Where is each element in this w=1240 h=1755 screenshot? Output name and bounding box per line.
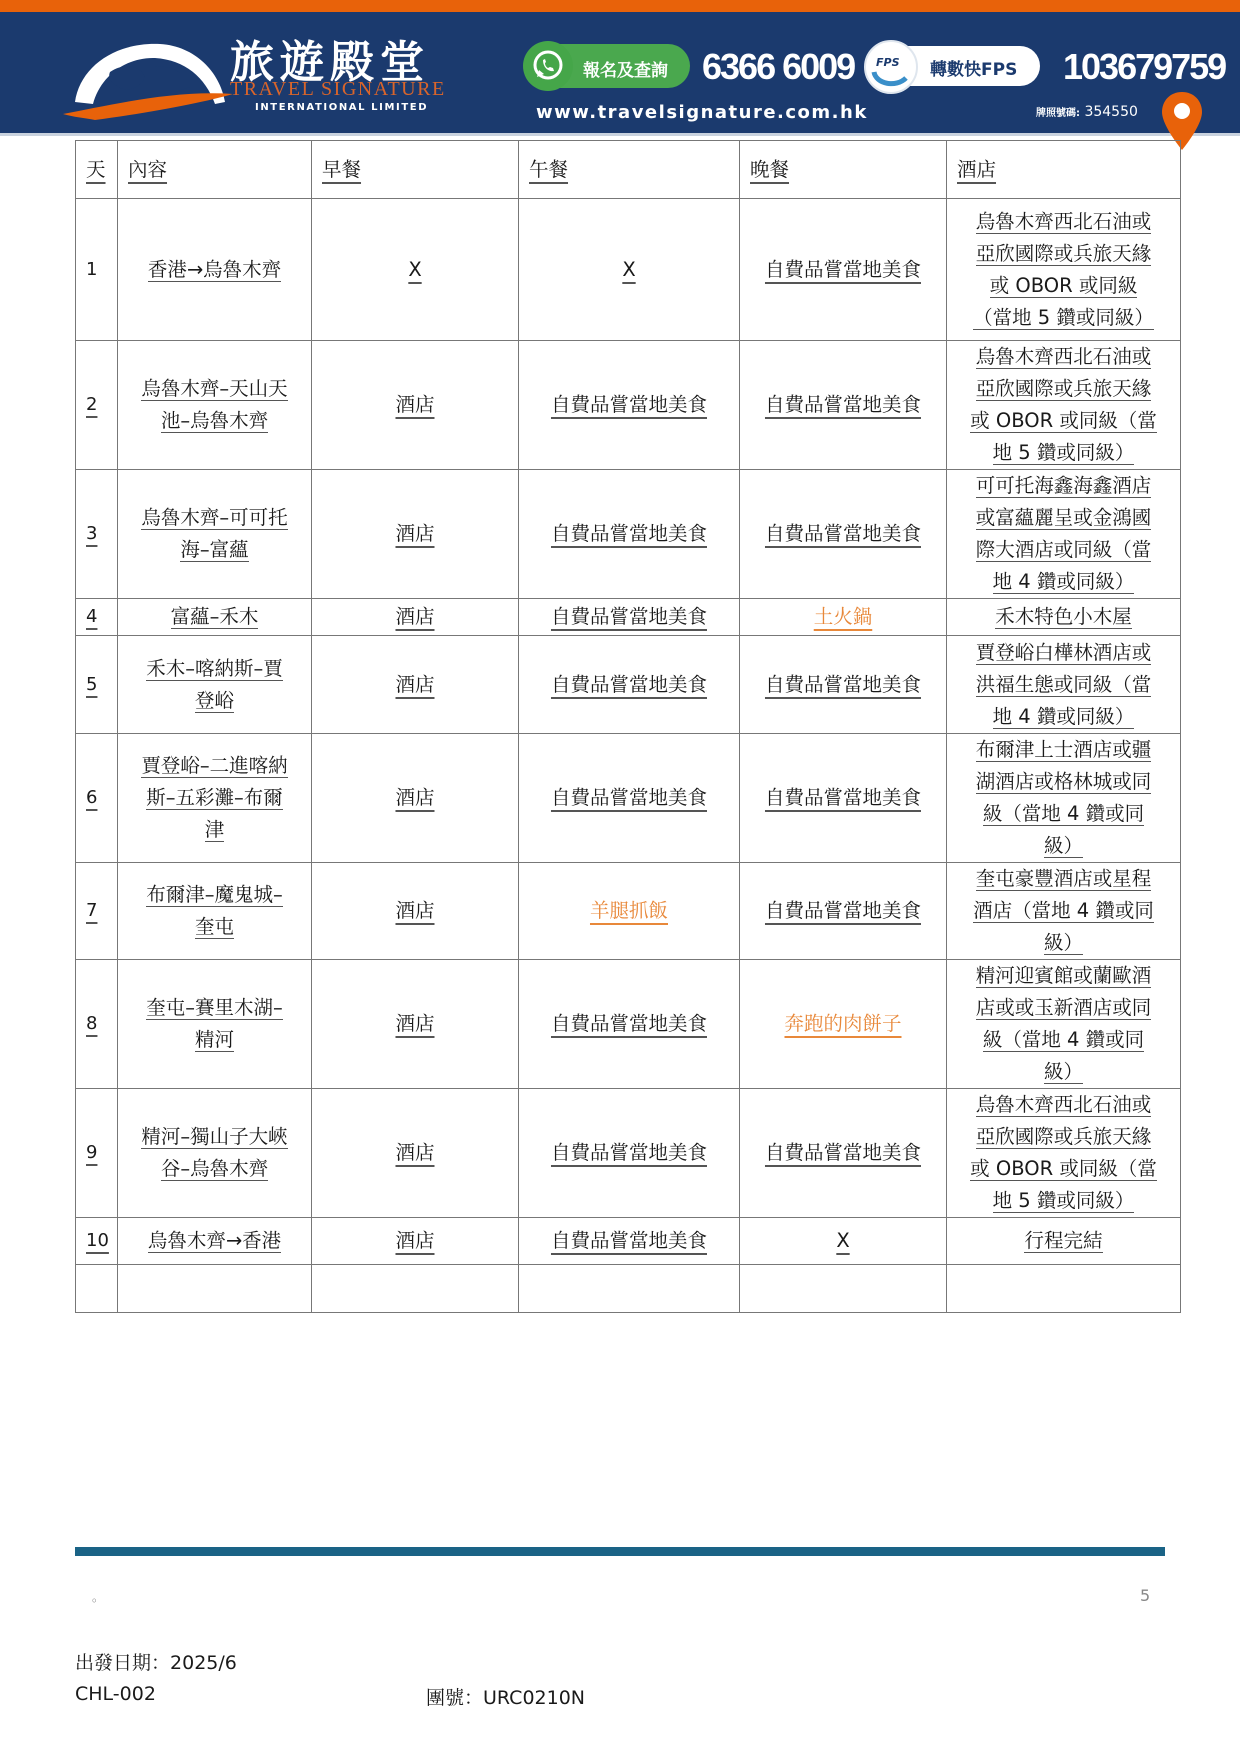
svg-text:FPS: FPS — [876, 56, 900, 69]
lunch-cell: 自費品嘗當地美食 — [519, 341, 740, 470]
brand-subtitle: INTERNATIONAL LIMITED — [255, 102, 428, 113]
tour-code: CHL-002 — [75, 1683, 156, 1705]
header-dinner: 晚餐 — [740, 141, 947, 199]
departure-date: 出發日期：2025/6 — [75, 1648, 237, 1675]
hotel-cell: 布爾津上士酒店或疆 湖酒店或格林城或同 級（當地 4 鑽或同 級） — [947, 734, 1181, 863]
header-day: 天 — [76, 141, 118, 199]
dinner-cell: X — [740, 1218, 947, 1265]
license-value: 354550 — [1084, 104, 1137, 120]
dinner-cell: 自費品嘗當地美食 — [740, 1089, 947, 1218]
table-row-empty — [76, 1265, 1181, 1313]
table-row: 1 香港→烏魯木齊 X X 自費品嘗當地美食 烏魯木齊西北石油或 亞欣國際或兵旅… — [76, 199, 1181, 341]
table-row: 6 賈登峪–二進喀納 斯–五彩灘–布爾 津 酒店 自費品嘗當地美食 自費品嘗當地… — [76, 734, 1181, 863]
dinner-cell: 自費品嘗當地美食 — [740, 199, 947, 341]
day-number: 1 — [76, 199, 118, 341]
content-cell: 布爾津–魔鬼城– 奎屯 — [118, 863, 312, 960]
day-number: 6 — [76, 734, 118, 863]
content-cell: 富蘊–禾木 — [118, 599, 312, 636]
lunch-cell: 羊腿抓飯 — [519, 863, 740, 960]
breakfast-cell: 酒店 — [312, 960, 519, 1089]
lunch-cell: 自費品嘗當地美食 — [519, 734, 740, 863]
content-cell: 賈登峪–二進喀納 斯–五彩灘–布爾 津 — [118, 734, 312, 863]
hotel-cell: 精河迎賓館或蘭歐酒 店或或玉新酒店或同 級（當地 4 鑽或同 級） — [947, 960, 1181, 1089]
website-link[interactable]: www.travelsignature.com.hk — [536, 102, 868, 123]
breakfast-cell: 酒店 — [312, 863, 519, 960]
breakfast-cell: 酒店 — [312, 1089, 519, 1218]
day-number: 2 — [76, 341, 118, 470]
content-cell: 香港→烏魯木齊 — [118, 199, 312, 341]
dinner-cell: 自費品嘗當地美食 — [740, 341, 947, 470]
content-cell: 烏魯木齊→香港 — [118, 1218, 312, 1265]
breakfast-cell: 酒店 — [312, 599, 519, 636]
featured-meal: 羊腿抓飯 — [590, 899, 668, 922]
table-row: 8 奎屯–賽里木湖– 精河 酒店 自費品嘗當地美食 奔跑的肉餅子 精河迎賓館或蘭… — [76, 960, 1181, 1089]
breakfast-cell: 酒店 — [312, 734, 519, 863]
day-number: 8 — [76, 960, 118, 1089]
day-number: 9 — [76, 1089, 118, 1218]
day-number: 10 — [76, 1218, 118, 1265]
table-header-row: 天 內容 早餐 午餐 晚餐 酒店 — [76, 141, 1181, 199]
featured-meal: 奔跑的肉餅子 — [784, 1012, 901, 1035]
footer-mark: 。 — [92, 1588, 104, 1605]
table-row: 5 禾木–喀納斯–賈 登峪 酒店 自費品嘗當地美食 自費品嘗當地美食 賈登峪白樺… — [76, 636, 1181, 734]
brand-name-english: TRAVEL SIGNATURE — [230, 78, 446, 101]
lunch-cell: 自費品嘗當地美食 — [519, 1089, 740, 1218]
hotel-cell: 奎屯豪豐酒店或星程 酒店（當地 4 鑽或同 級） — [947, 863, 1181, 960]
departure-label: 出發日期： — [75, 1652, 170, 1674]
dinner-cell: 自費品嘗當地美食 — [740, 470, 947, 599]
lunch-cell: 自費品嘗當地美食 — [519, 470, 740, 599]
breakfast-cell: 酒店 — [312, 470, 519, 599]
fps-icon: FPS — [864, 40, 918, 94]
globe-plane-icon — [55, 32, 235, 122]
header-divider — [0, 133, 1240, 136]
lunch-cell: 自費品嘗當地美食 — [519, 960, 740, 1089]
hotel-cell: 禾木特色小木屋 — [947, 599, 1181, 636]
content-cell: 烏魯木齊–天山天 池–烏魯木齊 — [118, 341, 312, 470]
whatsapp-icon — [523, 41, 573, 91]
lunch-cell: 自費品嘗當地美食 — [519, 599, 740, 636]
day-number: 5 — [76, 636, 118, 734]
breakfast-cell: 酒店 — [312, 341, 519, 470]
breakfast-cell: 酒店 — [312, 636, 519, 734]
day-number: 4 — [76, 599, 118, 636]
fps-account-number: 103679759 — [1063, 46, 1225, 88]
content-cell: 烏魯木齊–可可托 海–富蘊 — [118, 470, 312, 599]
table-row: 2 烏魯木齊–天山天 池–烏魯木齊 酒店 自費品嘗當地美食 自費品嘗當地美食 烏… — [76, 341, 1181, 470]
header-lunch: 午餐 — [519, 141, 740, 199]
departure-value: 2025/6 — [170, 1652, 237, 1674]
featured-meal: 土火鍋 — [814, 605, 873, 628]
whatsapp-enquiry-badge[interactable]: 報名及查詢 — [525, 44, 690, 88]
top-accent-strip — [0, 0, 1240, 12]
day-number: 7 — [76, 863, 118, 960]
whatsapp-phone-number[interactable]: 6366 6009 — [702, 46, 854, 88]
content-cell: 禾木–喀納斯–賈 登峪 — [118, 636, 312, 734]
table-row: 4 富蘊–禾木 酒店 自費品嘗當地美食 土火鍋 禾木特色小木屋 — [76, 599, 1181, 636]
footer-divider-bar — [75, 1547, 1165, 1556]
fps-payment-badge: FPS 轉數快FPS — [870, 46, 1040, 86]
dinner-cell: 奔跑的肉餅子 — [740, 960, 947, 1089]
hotel-cell: 烏魯木齊西北石油或 亞欣國際或兵旅天緣 或 OBOR 或同級（當 地 5 鑽或同… — [947, 1089, 1181, 1218]
table-row: 7 布爾津–魔鬼城– 奎屯 酒店 羊腿抓飯 自費品嘗當地美食 奎屯豪豐酒店或星程… — [76, 863, 1181, 960]
hotel-cell: 烏魯木齊西北石油或 亞欣國際或兵旅天緣 或 OBOR 或同級 （當地 5 鑽或同… — [947, 199, 1181, 341]
itinerary-table: 天 內容 早餐 午餐 晚餐 酒店 1 香港→烏魯木齊 X X 自費品嘗當地美食 … — [75, 140, 1181, 1313]
company-logo: 旅遊殿堂 TRAVEL SIGNATURE INTERNATIONAL LIMI… — [55, 22, 435, 122]
breakfast-cell: 酒店 — [312, 1218, 519, 1265]
fps-label: 轉數快FPS — [930, 55, 1017, 80]
license-number: 牌照號碼: 354550 — [1036, 104, 1138, 120]
lunch-cell: 自費品嘗當地美食 — [519, 1218, 740, 1265]
header-hotel: 酒店 — [947, 141, 1181, 199]
dinner-cell: 自費品嘗當地美食 — [740, 636, 947, 734]
group-label: 團號： — [426, 1687, 483, 1709]
hotel-cell: 賈登峪白樺林酒店或 洪福生態或同級（當 地 4 鑽或同級） — [947, 636, 1181, 734]
lunch-cell: 自費品嘗當地美食 — [519, 636, 740, 734]
table-row: 9 精河–獨山子大峽 谷–烏魯木齊 酒店 自費品嘗當地美食 自費品嘗當地美食 烏… — [76, 1089, 1181, 1218]
table-row: 10 烏魯木齊→香港 酒店 自費品嘗當地美食 X 行程完結 — [76, 1218, 1181, 1265]
whatsapp-label: 報名及查詢 — [583, 56, 668, 81]
group-value: URC0210N — [483, 1687, 585, 1709]
header-content: 內容 — [118, 141, 312, 199]
content-cell: 奎屯–賽里木湖– 精河 — [118, 960, 312, 1089]
dinner-cell: 自費品嘗當地美食 — [740, 734, 947, 863]
breakfast-cell: X — [312, 199, 519, 341]
dinner-cell: 土火鍋 — [740, 599, 947, 636]
table-row: 3 烏魯木齊–可可托 海–富蘊 酒店 自費品嘗當地美食 自費品嘗當地美食 可可托… — [76, 470, 1181, 599]
license-label: 牌照號碼: — [1036, 108, 1080, 119]
hotel-cell: 可可托海鑫海鑫酒店 或富蘊麗呈或金鴻國 際大酒店或同級（當 地 4 鑽或同級） — [947, 470, 1181, 599]
group-number: 團號：URC0210N — [426, 1683, 585, 1710]
day-number: 3 — [76, 470, 118, 599]
hotel-cell: 行程完結 — [947, 1218, 1181, 1265]
dinner-cell: 自費品嘗當地美食 — [740, 863, 947, 960]
page-number: 5 — [1140, 1586, 1150, 1605]
lunch-cell: X — [519, 199, 740, 341]
hotel-cell: 烏魯木齊西北石油或 亞欣國際或兵旅天緣 或 OBOR 或同級（當 地 5 鑽或同… — [947, 341, 1181, 470]
header-breakfast: 早餐 — [312, 141, 519, 199]
content-cell: 精河–獨山子大峽 谷–烏魯木齊 — [118, 1089, 312, 1218]
